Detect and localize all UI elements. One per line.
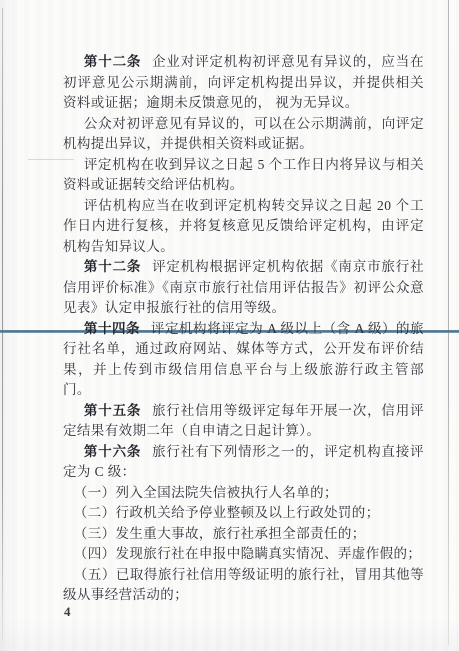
paragraph-article-14: 第十四条评定机构将评定为 A 级以上（含 A 级）的旅行社名单，通过政府网站、媒… (63, 319, 424, 401)
list-item: （一）列入全国法院失信被执行人名单的； (63, 483, 424, 504)
paragraph-text: 公众对初评意见有异议的，可以在公示期满前，向评定机构提出异议，并提供相关资料或证… (63, 116, 424, 152)
article-heading: 第十四条 (84, 321, 140, 336)
list-item: （四）发现旅行社在申报中隐瞒真实情况、弄虚作假的； (63, 544, 424, 565)
c-grade-condition-list: （一）列入全国法院失信被执行人名单的； （二）行政机关给予停业整顿及以上行政处罚… (63, 483, 424, 606)
page-number: 4 (64, 604, 71, 620)
paragraph-article-12: 第十二条企业对评定机构初评意见有异议的，应当在初评意见公示期满前，向评定机构提出… (63, 52, 424, 114)
article-heading: 第十二条 (84, 259, 141, 274)
article-heading: 第十二条 (84, 54, 141, 69)
paragraph-article-13: 第十二条评定机构根据评定机构依据《南京市旅行社信用评价标准》《南京市旅行社信用评… (63, 257, 424, 319)
paragraph-article-16: 第十六条旅行社有下列情形之一的，评定机构直接评定为 C 级： (63, 442, 424, 483)
paragraph-text: 评估机构应当在收到评定机构转交异议之日起 20 个工作日内进行复核，并将复核意见… (63, 198, 424, 254)
article-heading: 第十六条 (84, 444, 141, 459)
scanned-page: 第十二条企业对评定机构初评意见有异议的，应当在初评意见公示期满前，向评定机构提出… (0, 0, 459, 651)
paragraph-text: 评定机构在收到异议之日起 5 个工作日内将异议与相关资料或证据转交给评估机构。 (63, 157, 424, 193)
article-heading: 第十五条 (84, 403, 141, 418)
document-body: 第十二条企业对评定机构初评意见有异议的，应当在初评意见公示期满前，向评定机构提出… (63, 52, 424, 606)
list-item: （二）行政机关给予停业整顿及以上行政处罚的； (63, 503, 424, 524)
list-item: （三）发生重大事故，旅行社承担全部责任的； (63, 524, 424, 545)
page-right-edge-line (448, 0, 449, 645)
list-item: （五）已取得旅行社信用等级证明的旅行社，冒用其他等级从事经营活动的； (63, 565, 424, 606)
paragraph-article-15: 第十五条旅行社信用等级评定每年开展一次，信用评定结果有效期二年（自申请之日起计算… (63, 401, 424, 442)
paragraph: 评定机构在收到异议之日起 5 个工作日内将异议与相关资料或证据转交给评估机构。 (63, 155, 424, 196)
page-left-edge-line (2, 8, 3, 641)
paragraph: 公众对初评意见有异议的，可以在公示期满前，向评定机构提出异议，并提供相关资料或证… (63, 114, 424, 155)
paragraph: 评估机构应当在收到评定机构转交异议之日起 20 个工作日内进行复核，并将复核意见… (63, 196, 424, 258)
